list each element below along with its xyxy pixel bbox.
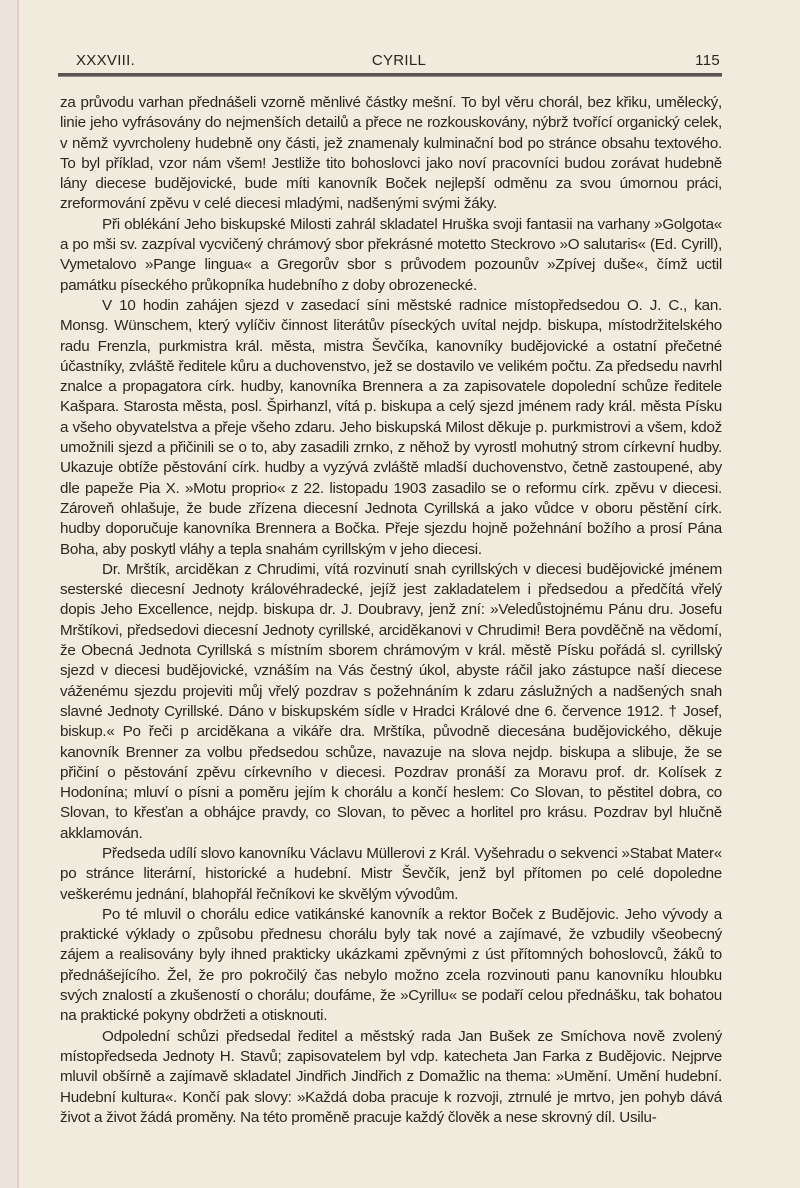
journal-title: CYRILL <box>76 52 722 69</box>
article-body: za průvodu varhan přednášeli vzorně měnl… <box>60 93 722 1128</box>
paragraph: za průvodu varhan přednášeli vzorně měnl… <box>60 93 722 215</box>
header-rule <box>58 73 722 77</box>
paragraph: Při oblékání Jeho biskupské Milosti zahr… <box>60 215 722 296</box>
page-number: 115 <box>695 52 720 69</box>
paragraph: V 10 hodin zahájen sjezd v zasedací síni… <box>60 296 722 560</box>
paragraph: Odpolední schůzi předsedal ředitel a měs… <box>60 1027 722 1128</box>
paragraph: Dr. Mrštík, arciděkan z Chrudimi, vítá r… <box>60 560 722 844</box>
page-binding-edge <box>0 0 19 1188</box>
paragraph: Předseda udílí slovo kanovníku Václavu M… <box>60 844 722 905</box>
paragraph: Po té mluvil o chorálu edice vatikánské … <box>60 905 722 1027</box>
running-header: XXXVIII. CYRILL 115 <box>76 52 722 74</box>
